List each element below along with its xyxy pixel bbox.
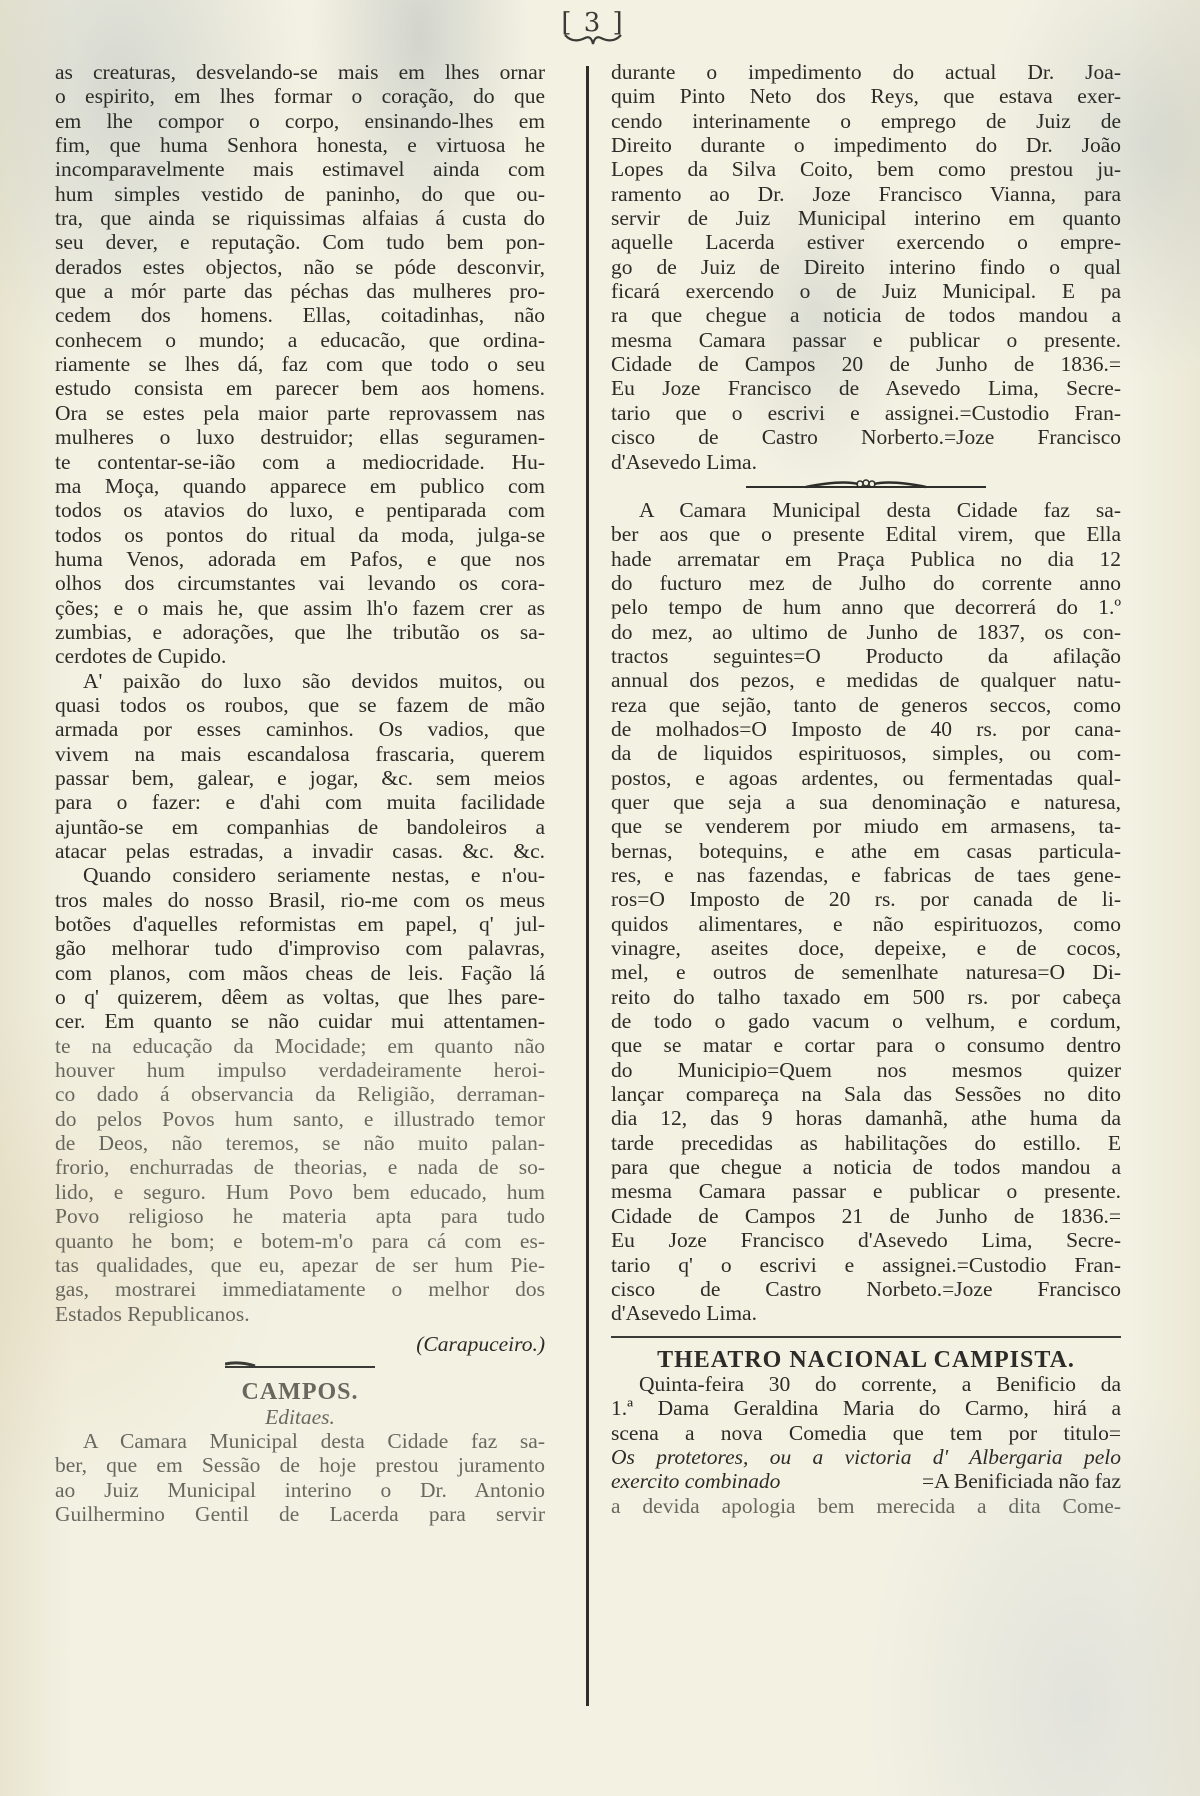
- right-column: durante o impedimento do actual Dr. Joa-…: [611, 60, 1121, 1518]
- text-line: vivem na mais escandalosa frascaria, que…: [55, 742, 545, 766]
- text-line: do fucturo mez de Julho do corrente anno: [611, 571, 1121, 595]
- text-line: 1.ª Dama Geraldina Maria do Carmo, hirá …: [611, 1396, 1121, 1420]
- text-line: de todo o gado vacum o velhum, e cordum,: [611, 1009, 1121, 1033]
- play-title-line: Os protetores, ou a victoria d' Albergar…: [611, 1445, 1121, 1469]
- text-line: todos os pontos do ritual da moda, julga…: [55, 523, 545, 547]
- text-line: Eu Joze Francisco d'Asevedo Lima, Secre-: [611, 1228, 1121, 1252]
- text-line: de Deos, não teremos, se não muito palan…: [55, 1131, 545, 1155]
- text-line: Cidade de Campos 20 de Junho de 1836.=: [611, 352, 1121, 376]
- text-line: tra, que ainda se riquissimas alfaias á …: [55, 206, 545, 230]
- column-divider: [586, 66, 589, 1706]
- text-line: te contentar-se-ião com a mediocridade. …: [55, 450, 545, 474]
- text-line: gas, mostrarei immediatamente o melhor d…: [55, 1277, 545, 1301]
- text-line: reza que sejão, tanto de generos seccos,…: [611, 693, 1121, 717]
- text-fragment: =A Benificiada não faz: [922, 1469, 1121, 1493]
- text-line: Eu Joze Francisco de Asevedo Lima, Secre…: [611, 376, 1121, 400]
- text-line: quer que seja a sua denominação e nature…: [611, 790, 1121, 814]
- text-line: ramento ao Dr. Joze Francisco Vianna, pa…: [611, 182, 1121, 206]
- ornament-divider: [55, 1356, 545, 1380]
- text-line: A' paixão do luxo são devidos muitos, ou: [55, 669, 545, 693]
- text-line: o espirito, em lhes formar o coração, do…: [55, 84, 545, 108]
- attribution: (Carapuceiro.): [55, 1332, 545, 1356]
- text-line: aquelle Lacerda estiver exercendo o empr…: [611, 230, 1121, 254]
- text-line: quidos alimentares, e não espirituozos, …: [611, 912, 1121, 936]
- text-line: todos os atavios do luxo, e pentiparada …: [55, 498, 545, 522]
- section-title-campos: CAMPOS.: [55, 1380, 545, 1404]
- text-line: exercito combinado =A Benificiada não fa…: [611, 1469, 1121, 1493]
- text-line: cerdotes de Cupido.: [55, 644, 545, 668]
- text-line: huma Venos, adorada em Pafos, e que nos: [55, 547, 545, 571]
- text-line: para o fazer: e d'ahi com muita facilida…: [55, 790, 545, 814]
- section-subtitle-editaes: Editaes.: [55, 1405, 545, 1429]
- text-line: em lhe compor o corpo, ensinando-lhes em: [55, 109, 545, 133]
- text-line: Direito durante o impedimento do Dr. Joã…: [611, 133, 1121, 157]
- text-line: Povo religioso he materia apta para tudo: [55, 1204, 545, 1228]
- text-line: Cidade de Campos 21 de Junho de 1836.=: [611, 1204, 1121, 1228]
- play-title-line: exercito combinado: [611, 1469, 780, 1493]
- text-line: lido, e seguro. Hum Povo bem educado, hu…: [55, 1180, 545, 1204]
- text-line: cer. Em quanto se não cuidar mui attenta…: [55, 1009, 545, 1033]
- text-line: mesma Camara passar e publicar o present…: [611, 1179, 1121, 1203]
- text-line: co dado á observancia da Religião, derra…: [55, 1082, 545, 1106]
- text-line: estudo consista em parecer bem aos homen…: [55, 376, 545, 400]
- text-line: bernas, botequins, e athe em casas parti…: [611, 839, 1121, 863]
- text-line: mesma Camara passar e publicar o present…: [611, 328, 1121, 352]
- text-line: quim Pinto Neto dos Reys, que estava exe…: [611, 84, 1121, 108]
- text-line: cisco de Castro Norberto.=Joze Francisco: [611, 425, 1121, 449]
- text-line: ber, que em Sessão de hoje prestou juram…: [55, 1453, 545, 1477]
- text-line: mel, e outros de semenlhate naturesa=O D…: [611, 960, 1121, 984]
- text-line: servir de Juiz Municipal interino em qua…: [611, 206, 1121, 230]
- text-line: quasi todos os roubos, que se fazem de m…: [55, 693, 545, 717]
- edital-1-continuation: durante o impedimento do actual Dr. Joa-…: [611, 60, 1121, 474]
- text-line: atacar pelas estradas, a invadir casas. …: [55, 839, 545, 863]
- text-line: Quando considero seriamente nestas, e n'…: [55, 863, 545, 887]
- text-line: tas qualidades, que eu, apezar de ser hu…: [55, 1253, 545, 1277]
- text-line: annual dos pezos, e medidas de qualquer …: [611, 668, 1121, 692]
- section-title-theatro: THEATRO NACIONAL CAMPISTA.: [611, 1348, 1121, 1372]
- text-line: zumbias, e adorações, que lhe tributão o…: [55, 620, 545, 644]
- text-line: te na educação da Mocidade; em quanto nã…: [55, 1034, 545, 1058]
- text-line: Ora se estes pela maior parte reprovasse…: [55, 401, 545, 425]
- text-line: A Camara Municipal desta Cidade faz sa-: [611, 498, 1121, 522]
- text-line: que a mór parte das péchas das mulheres …: [55, 279, 545, 303]
- text-line: A Camara Municipal desta Cidade faz sa-: [55, 1429, 545, 1453]
- text-line: do mez, ao ultimo de Junho de 1837, os c…: [611, 620, 1121, 644]
- text-line: tros males do nosso Brasil, rio-me com o…: [55, 888, 545, 912]
- text-line: olhos dos circumstantes vai levando os c…: [55, 571, 545, 595]
- text-line: scena a nova Comedia que tem por titulo=: [611, 1421, 1121, 1445]
- edital-2: A Camara Municipal desta Cidade faz sa- …: [611, 498, 1121, 1326]
- rule-ornament-icon: [225, 1360, 375, 1370]
- text-line: hade arrematar em Praça Publica no dia 1…: [611, 547, 1121, 571]
- ornament-divider: [611, 474, 1121, 498]
- text-line: riamente se lhes dá, faz com que todo o …: [55, 352, 545, 376]
- text-line: a devida apologia bem merecida a dita Co…: [611, 1494, 1121, 1518]
- page-number: [ 3 ]: [548, 8, 638, 46]
- text-line: tractos seguintes=O Producto da afilação: [611, 644, 1121, 668]
- left-column: as creaturas, desvelando-se mais em lhes…: [55, 60, 545, 1526]
- text-line: d'Asevedo Lima.: [611, 1301, 1121, 1325]
- text-line: go de Juiz de Direito interino findo o q…: [611, 255, 1121, 279]
- text-line: ra que chegue a noticia de todos mandou …: [611, 303, 1121, 327]
- rule-ornament-icon: [746, 478, 986, 492]
- text-line: Quinta-feira 30 do corrente, a Benificio…: [611, 1372, 1121, 1396]
- text-line: ajuntão-se em companhias de bandoleiros …: [55, 815, 545, 839]
- text-line: gão melhorar tudo d'improviso com palavr…: [55, 936, 545, 960]
- text-line: cendo interinamente o emprego de Juiz de: [611, 109, 1121, 133]
- text-line: Estados Republicanos.: [55, 1302, 545, 1326]
- text-line: tario que o escrivi e assignei.=Custodio…: [611, 401, 1121, 425]
- text-line: de molhados=O Imposto de 40 rs. por cana…: [611, 717, 1121, 741]
- essay-paragraph-3: Quando considero seriamente nestas, e n'…: [55, 863, 545, 1326]
- text-line: ros=O Imposto de 20 rs. por canada de li…: [611, 887, 1121, 911]
- text-line: ficará exercendo o de Juiz Municipal. E …: [611, 279, 1121, 303]
- text-line: ma Moça, quando apparece em publico com: [55, 474, 545, 498]
- text-line: do Municipio=Quem nos mesmos quizer: [611, 1058, 1121, 1082]
- text-line: seu dever, e reputação. Com tudo bem pon…: [55, 230, 545, 254]
- text-line: cisco de Castro Norbeto.=Joze Francisco: [611, 1277, 1121, 1301]
- text-line: Lopes da Silva Coito, bem como prestou j…: [611, 157, 1121, 181]
- text-line: reito do talho taxado em 500 rs. por cab…: [611, 985, 1121, 1009]
- text-line: passar bem, galear, e jogar, &c. sem mei…: [55, 766, 545, 790]
- text-line: d'Asevedo Lima.: [611, 450, 1121, 474]
- essay-paragraph-2: A' paixão do luxo são devidos muitos, ou…: [55, 669, 545, 864]
- text-line: houver hum impulso verdadeiramente heroi…: [55, 1058, 545, 1082]
- text-line: vinagre, aseites doce, depeixe, e de coc…: [611, 936, 1121, 960]
- text-line: botões d'aquelles reformistas em papel, …: [55, 912, 545, 936]
- text-line: para que chegue a noticia de todos mando…: [611, 1155, 1121, 1179]
- text-line: lançar compareça na Sala das Sessões no …: [611, 1082, 1121, 1106]
- text-line: ao Juiz Municipal interino o Dr. Antonio: [55, 1478, 545, 1502]
- text-line: quanto he bom; e botem-m'o para cá com e…: [55, 1229, 545, 1253]
- text-line: cedem dos homens. Ellas, coitadinhas, nã…: [55, 303, 545, 327]
- text-line: as creaturas, desvelando-se mais em lhes…: [55, 60, 545, 84]
- text-line: que se matar e cortar para o consumo den…: [611, 1033, 1121, 1057]
- text-line: dia 12, das 9 horas damanhã, athe huma d…: [611, 1106, 1121, 1130]
- text-line: conhecem o mundo; a educacão, que ordina…: [55, 328, 545, 352]
- text-line: postos, e agoas ardentes, ou fermentadas…: [611, 766, 1121, 790]
- text-line: armada por esses caminhos. Os vadios, qu…: [55, 717, 545, 741]
- text-line: do pelos Povos hum santo, e illustrado t…: [55, 1107, 545, 1131]
- text-line: da de liquidos espirituosos, simples, ou…: [611, 741, 1121, 765]
- page-number-label: [ 3 ]: [561, 8, 624, 38]
- text-line: derados estes objectos, não se póde desc…: [55, 255, 545, 279]
- essay-paragraph-1: as creaturas, desvelando-se mais em lhes…: [55, 60, 545, 669]
- edital-campos-start: A Camara Municipal desta Cidade faz sa- …: [55, 1429, 545, 1526]
- text-line: hum simples vestido de paninho, do que o…: [55, 182, 545, 206]
- text-line: Guilhermino Gentil de Lacerda para servi…: [55, 1502, 545, 1526]
- text-line: com planos, com mãos cheas de leis. Façã…: [55, 961, 545, 985]
- text-line: frorio, enchurradas de theorias, e nada …: [55, 1155, 545, 1179]
- theatre-notice: Quinta-feira 30 do corrente, a Benificio…: [611, 1372, 1121, 1518]
- text-line: fim, que huma Senhora honesta, e virtuos…: [55, 133, 545, 157]
- text-line: o q' quizerem, dêem as voltas, que lhes …: [55, 985, 545, 1009]
- text-line: ber aos que o presente Edital virem, que…: [611, 522, 1121, 546]
- text-line: durante o impedimento do actual Dr. Joa-: [611, 60, 1121, 84]
- text-line: mulheres o luxo destruidor; ellas segura…: [55, 425, 545, 449]
- section-divider: [611, 1326, 1121, 1348]
- text-line: que se venderem por miudo em armasens, t…: [611, 814, 1121, 838]
- text-line: tario q' o escrivi e assignei.=Custodio …: [611, 1253, 1121, 1277]
- text-line: incomparavelmente mais estimavel ainda c…: [55, 157, 545, 181]
- text-line: res, e nas fazendas, e fabricas de taes …: [611, 863, 1121, 887]
- text-line: pelo tempo de hum anno que decorrerá do …: [611, 595, 1121, 619]
- text-line: tarde precedidas as habilitações do esti…: [611, 1131, 1121, 1155]
- text-line: ções; e o mais he, que assim lh'o fazem …: [55, 596, 545, 620]
